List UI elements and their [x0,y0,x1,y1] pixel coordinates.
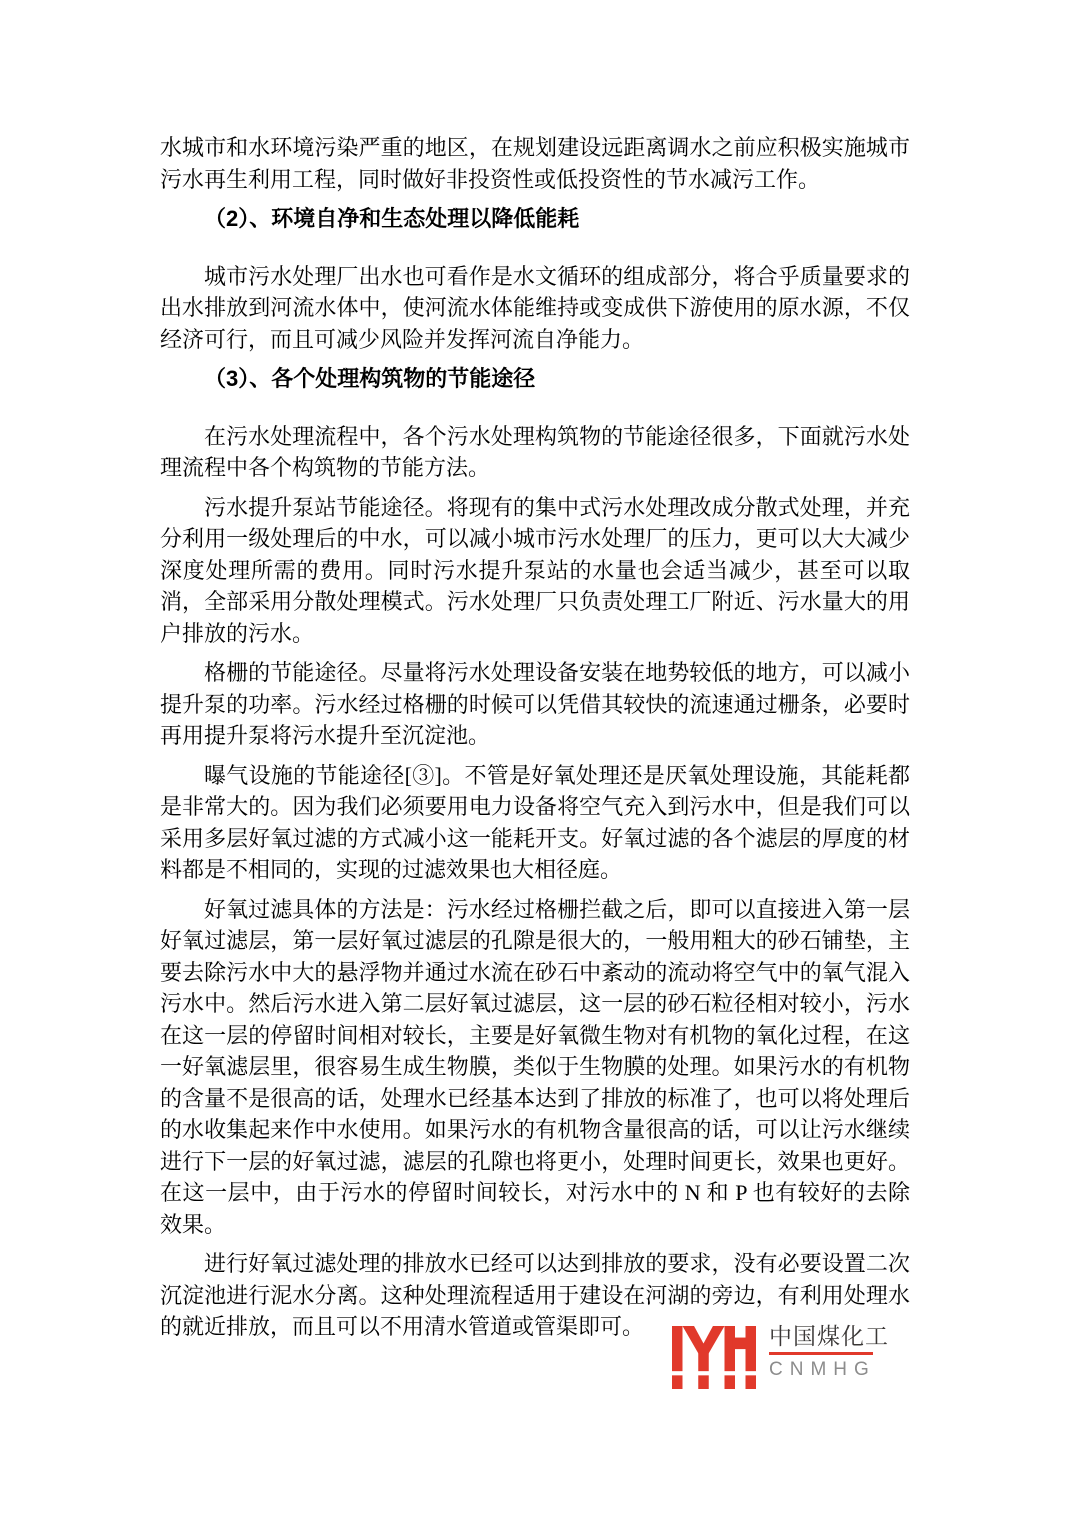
logo-red-divider [769,1352,873,1355]
heading-2-self-purification: （2）、环境自净和生态处理以降低能耗 [160,203,910,235]
paragraph-bar-screen: 格栅的节能途径。尽量将污水处理设备安装在地势较低的地方，可以减小提升泵的功率。污… [160,657,910,752]
paragraph-water-reuse: 水城市和水环境污染严重的地区，在规划建设远距离调水之前应积极实施城市污水再生利用… [160,132,910,195]
company-name: 中国煤化工 [769,1322,889,1350]
company-abbr: CNMHG [769,1359,876,1381]
heading-3-structures-energy-saving: （3）、各个处理构筑物的节能途径 [160,363,910,395]
cnmhg-logo: 中国煤化工 CNMHG [672,1322,889,1389]
paragraph-pump-station: 污水提升泵站节能途径。将现有的集中式污水处理改成分散式处理，并充分利用一级处理后… [160,492,910,650]
paragraph-plant-effluent: 城市污水处理厂出水也可看作是水文循环的组成部分，将合乎质量要求的出水排放到河流水… [160,261,910,356]
paragraph-aerobic-filtration-method: 好氧过滤具体的方法是：污水经过格栅拦截之后，即可以直接进入第一层好氧过滤层，第一… [160,894,910,1241]
document-page: 水城市和水环境污染严重的地区，在规划建设远距离调水之前应积极实施城市污水再生利用… [0,0,1072,1343]
cnmhg-logo-text: 中国煤化工 CNMHG [769,1322,889,1381]
cnmhg-logo-mark-icon [672,1326,756,1389]
paragraph-aeration: 曝气设施的节能途径[③]。不管是好氧处理还是厌氧处理设施，其能耗都是非常大的。因… [160,760,910,886]
paragraph-process-intro: 在污水处理流程中，各个污水处理构筑物的节能途径很多，下面就污水处理流程中各个构筑… [160,421,910,484]
